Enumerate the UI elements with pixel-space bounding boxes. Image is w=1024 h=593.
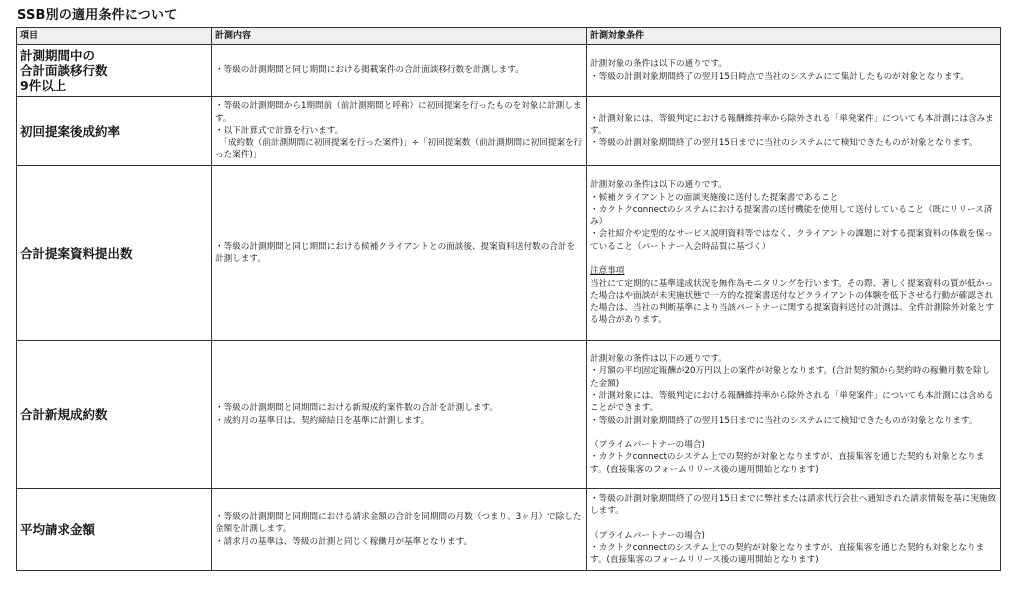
- prime-partner-title: （プライムパートナーの場合): [590, 439, 997, 451]
- content-cell: ・等級の計測期間と同じ期間における掲載案件の合計面談移行数を計測します。: [212, 45, 587, 97]
- header-conditions: 計測対象条件: [587, 28, 1001, 45]
- conditions-text: 計測対象の条件は以下の通りです。: [590, 179, 997, 191]
- item-cell: 合計提案資料提出数: [17, 166, 212, 341]
- item-label-line: 合計新規成約数: [20, 407, 208, 422]
- content-text: ・請求月の基準は、等級の計測と同じく稼働月が基準となります。: [215, 536, 583, 548]
- conditions-text: ・等級の計測対象期間終了の翌月15日までに当社のシステムにて検知できたものが対象…: [590, 137, 997, 149]
- note-title: 注意事項: [590, 265, 997, 277]
- conditions-cell: ・計測対象には、等級判定における報酬維持率から除外される「単発案件」についても本…: [587, 97, 1001, 166]
- conditions-text: ・計測対象には、等級判定における報酬維持率から除外される「単発案件」についても本…: [590, 113, 997, 138]
- table-header-row: 項目 計測内容 計測対象条件: [17, 28, 1001, 45]
- prime-partner-text: ・カクトクconnectのシステム上での契約が対象となりますが、直接集客を通じた…: [590, 542, 997, 567]
- content-text: ・等級の計測期間と同期間における新規成約案件数の合計を計測します。: [215, 402, 583, 414]
- content-cell: ・等級の計測期間と同期間における請求金額の合計を同期間の月数（つまり、3ヶ月）で…: [212, 489, 587, 571]
- prime-partner-title: （プライムパートナーの場合): [590, 530, 997, 542]
- table-row: 初回提案後成約率 ・等級の計測期間から1期間前（前計測期間と呼称）に初回提案を行…: [17, 97, 1001, 166]
- header-content: 計測内容: [212, 28, 587, 45]
- content-cell: ・等級の計測期間と同じ期間における候補クライアントとの面談後、提案資料送付数の合…: [212, 166, 587, 341]
- note-text: 当社にて定期的に基準達成状況を無作為モニタリングを行います。その際、著しく提案資…: [590, 278, 997, 327]
- content-text: ・以下計算式で計算を行います。: [215, 125, 583, 137]
- content-cell: ・等級の計測期間から1期間前（前計測期間と呼称）に初回提案を行ったものを対象に計…: [212, 97, 587, 166]
- conditions-cell: 計測対象の条件は以下の通りです。 ・等級の計測対象期間終了の翌月15日時点で当社…: [587, 45, 1001, 97]
- item-cell: 合計新規成約数: [17, 341, 212, 489]
- prime-partner-text: ・カクトクconnectのシステム上での契約が対象となりますが、直接集客を通じた…: [590, 451, 997, 476]
- conditions-text: 計測対象の条件は以下の通りです。: [590, 353, 997, 365]
- conditions-cell: 計測対象の条件は以下の通りです。 ・候補クライアントとの面談実施後に送付した提案…: [587, 166, 1001, 341]
- conditions-text: ・候補クライアントとの面談実施後に送付した提案書であること: [590, 192, 997, 204]
- formula-text: 「成約数（前計測期間に初回提案を行った案件)」÷「初回提案数（前計測期間に初回提…: [215, 137, 583, 162]
- spacer: [590, 427, 997, 439]
- conditions-text: 計測対象の条件は以下の通りです。: [590, 58, 997, 70]
- content-text: ・成約月の基準日は、契約締結日を基準に計測します。: [215, 415, 583, 427]
- table-row: 合計新規成約数 ・等級の計測期間と同期間における新規成約案件数の合計を計測します…: [17, 341, 1001, 489]
- header-item: 項目: [17, 28, 212, 45]
- item-label-line: 計測期間中の: [20, 48, 208, 63]
- spacer: [590, 253, 997, 265]
- conditions-text: ・月額の平均固定報酬が20万円以上の案件が対象となります。(合計契約額から契約時…: [590, 365, 997, 390]
- table-row: 合計提案資料提出数 ・等級の計測期間と同じ期間における候補クライアントとの面談後…: [17, 166, 1001, 341]
- content-text: ・等級の計測期間と同期間における請求金額の合計を同期間の月数（つまり、3ヶ月）で…: [215, 511, 583, 536]
- table-row: 計測期間中の 合計面談移行数 9件以上 ・等級の計測期間と同じ期間における掲載案…: [17, 45, 1001, 97]
- conditions-text: ・計測対象には、等級判定における報酬維持率から除外される「単発案件」についても本…: [590, 390, 997, 415]
- item-label-line: 平均請求金額: [20, 522, 208, 537]
- page-title: SSB別の適用条件について: [17, 8, 177, 24]
- content-text: ・等級の計測期間と同じ期間における掲載案件の合計面談移行数を計測します。: [215, 64, 583, 76]
- conditions-cell: ・等級の計測対象期間終了の翌月15日までに弊社または請求代行会社へ通知された請求…: [587, 489, 1001, 571]
- item-label-line: 合計提案資料提出数: [20, 246, 208, 261]
- item-cell: 計測期間中の 合計面談移行数 9件以上: [17, 45, 212, 97]
- conditions-text: ・等級の計測対象期間終了の翌月15日までに当社のシステムにて検知できたものが対象…: [590, 415, 997, 427]
- item-cell: 初回提案後成約率: [17, 97, 212, 166]
- conditions-text: ・会社紹介や定型的なサービス説明資料等ではなく、クライアントの課題に対する提案資…: [590, 228, 997, 253]
- table-row: 平均請求金額 ・等級の計測期間と同期間における請求金額の合計を同期間の月数（つま…: [17, 489, 1001, 571]
- item-label-line: 初回提案後成約率: [20, 124, 208, 139]
- item-cell: 平均請求金額: [17, 489, 212, 571]
- item-label-line: 合計面談移行数: [20, 63, 208, 78]
- conditions-cell: 計測対象の条件は以下の通りです。 ・月額の平均固定報酬が20万円以上の案件が対象…: [587, 341, 1001, 489]
- conditions-text: ・等級の計測対象期間終了の翌月15日までに弊社または請求代行会社へ通知された請求…: [590, 493, 997, 518]
- spacer: [590, 517, 997, 529]
- conditions-text: ・等級の計測対象期間終了の翌月15日時点で当社のシステムにて集計したものが対象と…: [590, 71, 997, 83]
- content-text: ・等級の計測期間と同じ期間における候補クライアントとの面談後、提案資料送付数の合…: [215, 241, 583, 266]
- conditions-table: 項目 計測内容 計測対象条件 計測期間中の 合計面談移行数 9件以上 ・等級の計…: [16, 27, 1001, 571]
- conditions-text: ・カクトクconnectのシステムにおける提案書の送付機能を使用して送付している…: [590, 204, 997, 229]
- content-text: ・等級の計測期間から1期間前（前計測期間と呼称）に初回提案を行ったものを対象に計…: [215, 100, 583, 125]
- item-label-line: 9件以上: [20, 78, 208, 93]
- content-cell: ・等級の計測期間と同期間における新規成約案件数の合計を計測します。 ・成約月の基…: [212, 341, 587, 489]
